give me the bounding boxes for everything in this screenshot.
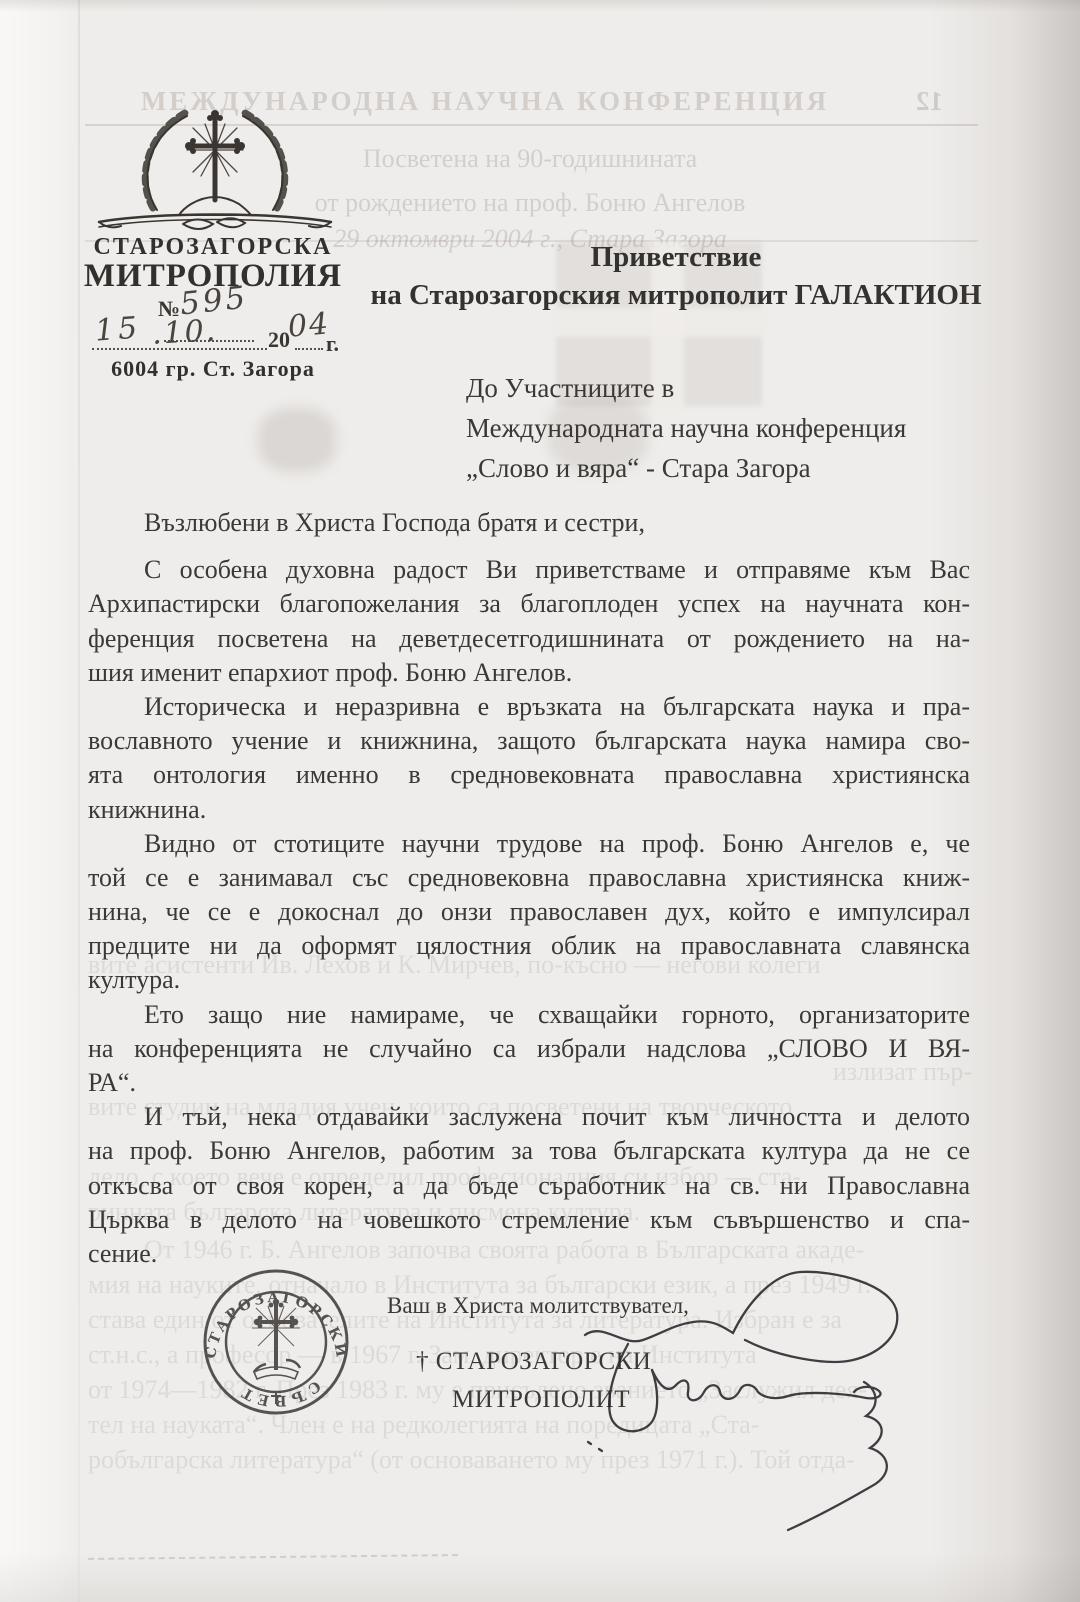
letter-line: шия именит епархиот проф. Боню Ангелов. <box>88 656 970 690</box>
letter-line: той се е занимавал със средновековна пра… <box>88 861 970 895</box>
scan-top-shadow <box>0 0 1080 12</box>
letterhead-org-line1: СТАРОЗАГОРСКА <box>88 234 338 261</box>
bleedthrough-photo-blob <box>258 408 336 472</box>
letter-line: култура. <box>88 963 970 997</box>
letter-line: Историческа и неразривна е връзката на б… <box>88 690 970 724</box>
letter-line: откъсва от своя корен, а да бъде съработ… <box>88 1169 970 1203</box>
recipient-line3: „Слово и вяра“ - Стара Загора <box>466 448 986 488</box>
document-title: Приветствие на Старозагорския митрополит… <box>370 238 982 314</box>
signature-icon <box>548 1222 1018 1562</box>
letter-body: Възлюбени в Христа Господа братя и сестр… <box>88 506 970 1271</box>
recipient-block: До Участниците в Международната научна к… <box>466 368 986 488</box>
handwritten-year: 04 <box>287 306 332 345</box>
letterhead-city-line: 6004 гр. Ст. Загора <box>88 356 338 382</box>
handwritten-day: 15 <box>94 310 143 348</box>
letter-line: книжнина. <box>88 793 970 827</box>
recipient-line2: Международната научна конференция <box>466 408 986 448</box>
letter-line: ференция посветена на деветдесетгодишнин… <box>88 622 970 656</box>
title-line1: Приветствие <box>370 238 982 276</box>
letter-line: вославното учение и книжнина, защото бъл… <box>88 724 970 758</box>
scan-left-margin <box>0 0 80 1602</box>
letter-line: Ето защо ние намираме, че схващайки горн… <box>88 998 970 1032</box>
letter-line: Архипастирски благопожелания за благопло… <box>88 587 970 621</box>
date-century-printed: 20 <box>268 327 290 353</box>
letter-salutation: Възлюбени в Христа Господа братя и сестр… <box>88 506 970 540</box>
title-line2: на Старозагорския митрополит ГАЛАКТИОН <box>370 276 982 314</box>
letter-line: И тъй, нека отдавайки заслужена почит къ… <box>88 1100 970 1134</box>
letter-line: на проф. Боню Ангелов, работим за това б… <box>88 1134 970 1168</box>
letter-line: ята онтология именно в средновековната п… <box>88 758 970 792</box>
recipient-line1: До Участниците в <box>466 368 986 408</box>
letter-line: С особена духовна радост Ви приветстваме… <box>88 553 970 587</box>
scanned-letter-page: МЕЖДУНАРОДНА НАУЧНА КОНФЕРЕНЦИЯ 12 Посве… <box>0 0 1080 1602</box>
letter-line: нина, че се е докоснал до онзи православ… <box>88 895 970 929</box>
eparchy-seal-icon: СТАРОЗАГОРСКИ ЕПАРХИЙСКИ СЪВЕТ <box>200 1266 352 1418</box>
letter-line: РА“. <box>88 1066 970 1100</box>
letter-line: предците ни да оформят цялостния облик н… <box>88 929 970 963</box>
metropolis-emblem-icon <box>95 98 335 238</box>
letter-line: Видно от стотиците научни трудове на про… <box>88 827 970 861</box>
letter-line: на конференцията не случайно са избрали … <box>88 1032 970 1066</box>
scan-left-crease <box>78 0 80 1602</box>
handwritten-month: .10. <box>151 313 218 351</box>
